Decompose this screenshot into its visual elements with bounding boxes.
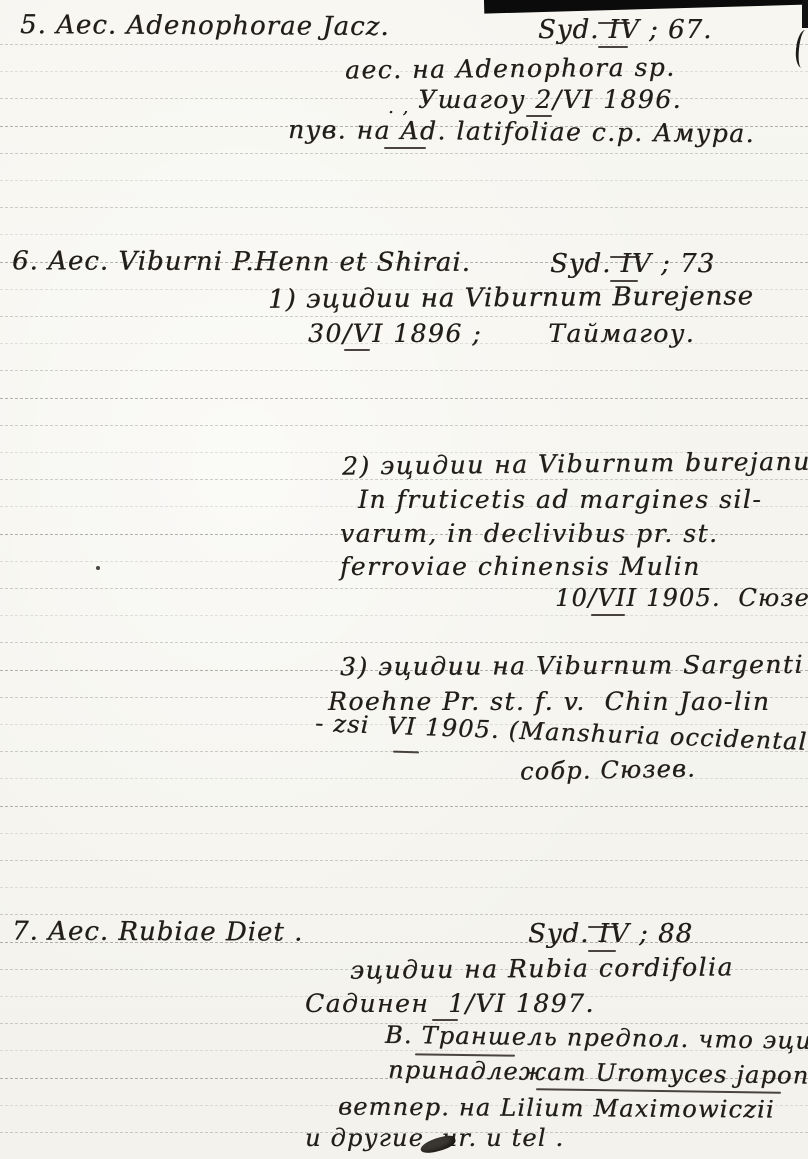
ink-underline [591, 614, 625, 616]
ruled-line [0, 615, 808, 616]
ink-underline [432, 1019, 458, 1021]
ink-underline [610, 280, 638, 282]
entry-6-observation-line: 3) эцидии на Viburnum Sargenti [340, 651, 804, 682]
entry-5-reference: Syd. IV ; 67. [538, 16, 712, 46]
entry-7-reference: Syd. IV ; 88 [528, 920, 693, 950]
entry-7-body-line: эцидии на Rubia cordifolia [350, 953, 734, 985]
ruled-line [0, 642, 808, 643]
ink-underline [344, 349, 370, 351]
entry-6-observation-line: ferroviae chinensis Mulin [340, 553, 701, 582]
entry-6-observation-line: 1) эцидии на Viburnum Burejense [268, 282, 754, 315]
ruled-line [0, 316, 808, 317]
entry-6-observation-line: varum, in declivibus pr. st. [340, 520, 718, 549]
ruled-line [0, 207, 808, 208]
ink-underline [384, 147, 426, 149]
entry-6-observation-line: In fruticetis ad margines sil- [358, 486, 762, 515]
ruled-line [0, 153, 808, 154]
ruled-line [0, 887, 808, 888]
scan-edge-corner [802, 0, 808, 28]
notebook-page: 5. Aec. Adenophorae Jacz. Syd. IV ; 67. … [0, 0, 808, 1159]
ruled-line [0, 425, 808, 426]
entry-6-observation-line: 30/VI 1896 ; Таймагоу. [308, 320, 695, 349]
entry-5-body-line: aec. на Adenophora sp. [345, 54, 676, 86]
ink-overline [610, 256, 640, 258]
ruled-line [0, 370, 808, 371]
ruled-line [0, 833, 808, 834]
ink-underline [526, 115, 552, 117]
ink-underline [393, 751, 419, 754]
entry-6-observation-line: 10/VII 1905. Сюзев. [555, 585, 808, 613]
entry-6-title: 6. Aec. Viburni P.Henn et Shirai. [12, 247, 471, 278]
entry-6-observation-line: 2) эцидии на Viburnum burejanum [342, 447, 808, 481]
entry-5-title: 5. Aec. Adenophorae Jacz. [20, 11, 390, 43]
entry-7-body-line: ветпер. на Lilium Maximowiczii [338, 1093, 775, 1124]
scan-edge-top [484, 0, 808, 14]
entry-6-observation-line: собр. Сюзев. [520, 755, 696, 786]
ruled-line [0, 914, 808, 915]
ruled-line [0, 860, 808, 861]
entry-7-title: 7. Aec. Rubiae Diet . [12, 917, 303, 948]
ink-overline [598, 22, 630, 24]
ruled-line [0, 398, 808, 399]
ruled-line [0, 806, 808, 807]
ink-overline [588, 926, 618, 928]
ruled-line [0, 180, 808, 181]
scan-edge-paren-mark [794, 29, 808, 68]
entry-6-reference: Syd. IV ; 73 [550, 250, 715, 280]
ruled-line [0, 234, 808, 235]
ink-underline [588, 950, 616, 952]
entry-7-body-line: принадлежат Uromyces japonicus [388, 1057, 808, 1091]
ink-underline [598, 46, 628, 48]
entry-7-body-line: Садинен 1/VI 1897. [305, 990, 595, 1019]
entry-5-body-line: Ушагоу 2/VI 1896. [418, 86, 682, 115]
ink-dot [96, 566, 100, 570]
entry-5-body-line: пув. на Ad. latifoliae с.р. Амура. [288, 116, 755, 149]
